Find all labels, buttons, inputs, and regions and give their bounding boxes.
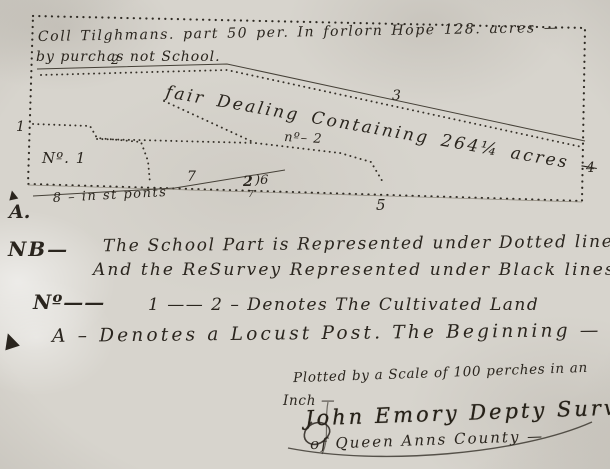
note-cultivated-line: 1 —— 2 – Denotes The Cultivated Land bbox=[148, 297, 539, 314]
bottom-note-label: 8 – in st ponts bbox=[52, 185, 167, 206]
nb-label: NB— bbox=[8, 239, 69, 259]
note-beginning-line: A – Denotes a Locust Post. The Beginning… bbox=[52, 322, 602, 346]
corner-label-7b-top: 2 bbox=[242, 174, 253, 190]
corner-label-3: 3 bbox=[392, 88, 401, 104]
scale-note-line1: Plotted by a Scale of 100 perches in an bbox=[293, 362, 588, 386]
plat-map: Coll Tilghmans. part 50 per. In forlorn … bbox=[0, 0, 610, 232]
note-school-line: The School Part is Represented under Dot… bbox=[103, 234, 610, 256]
beginning-point-label: A. bbox=[7, 201, 30, 223]
corner-label-4: 4 bbox=[585, 160, 595, 176]
survey-plat-scan: Coll Tilghmans. part 50 per. In forlorn … bbox=[0, 0, 610, 469]
parcel-1-label: Nº. 1 bbox=[41, 149, 86, 167]
corner-label-7b-bottom: 7 bbox=[248, 190, 254, 200]
note-resurvey-line: And the ReSurvey Represented under Black… bbox=[93, 262, 610, 279]
corner-label-5: 5 bbox=[376, 196, 386, 214]
map-header-line1: Coll Tilghmans. part 50 per. In forlorn … bbox=[38, 20, 560, 45]
corner-label-6: )6 bbox=[254, 173, 268, 188]
resurvey-diagonal-solid-line bbox=[37, 64, 585, 141]
locust-post-marker-icon: ▲ bbox=[0, 327, 20, 351]
signature-flourish bbox=[270, 392, 600, 462]
no-label: Nº—— bbox=[33, 292, 105, 312]
beginning-arrow-icon: ▲ bbox=[7, 186, 20, 202]
parcel-2-label: nº– 2 bbox=[284, 130, 323, 147]
corner-label-1: 1 bbox=[16, 119, 25, 135]
corner-label-7: 7 bbox=[187, 169, 196, 185]
map-header-line2: by purchas not School. bbox=[36, 49, 221, 65]
corner-label-2: 2 bbox=[110, 53, 119, 68]
